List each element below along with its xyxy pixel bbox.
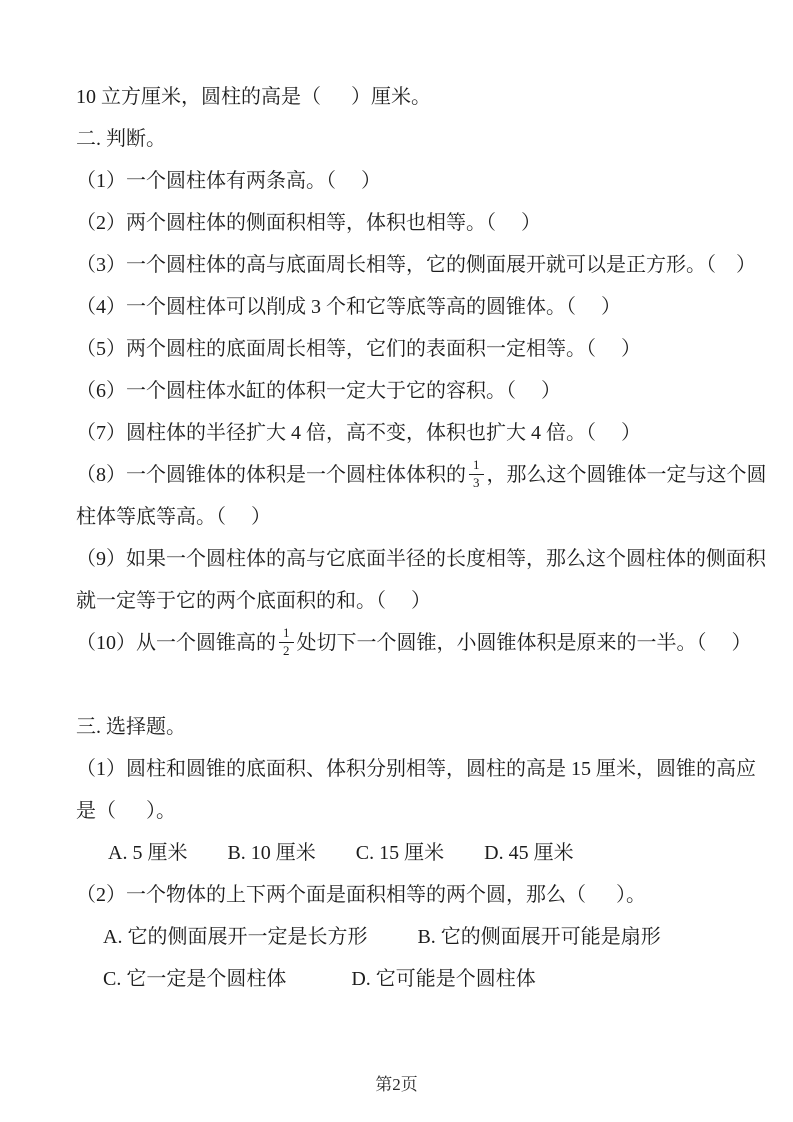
- fraction-one-half: 12: [279, 626, 294, 659]
- worksheet-content: 10 立方厘米，圆柱的高是（ ）厘米。 二. 判断。 （1）一个圆柱体有两条高。…: [76, 76, 737, 1000]
- section-judge-heading: 二. 判断。: [76, 118, 737, 160]
- judge-item-8-text-post: ，那么这个圆锥体一定与这个圆: [487, 464, 767, 486]
- choice-q1-line1: （1）圆柱和圆锥的底面积、体积分别相等，圆柱的高是 15 厘米，圆锥的高应: [76, 748, 737, 790]
- fraction-denominator: 3: [469, 475, 484, 491]
- judge-item-9-line2: 就一定等于它的两个底面积的和。（ ）: [76, 580, 737, 622]
- judge-item-2: （2）两个圆柱体的侧面积相等，体积也相等。（ ）: [76, 202, 737, 244]
- question-continuation-line: 10 立方厘米，圆柱的高是（ ）厘米。: [76, 76, 737, 118]
- choice-q1-line2: 是（ ）。: [76, 790, 737, 832]
- judge-item-5: （5）两个圆柱的底面周长相等，它们的表面积一定相等。（ ）: [76, 328, 737, 370]
- choice-q2-line1: （2）一个物体的上下两个面是面积相等的两个圆，那么（ ）。: [76, 874, 737, 916]
- judge-item-6: （6）一个圆柱体水缸的体积一定大于它的容积。（ ）: [76, 370, 737, 412]
- judge-item-10: （10）从一个圆锥高的12处切下一个圆锥，小圆锥体积是原来的一半。（ ）: [76, 622, 737, 664]
- judge-item-8-line2: 柱体等底等高。（ ）: [76, 496, 737, 538]
- judge-item-3: （3）一个圆柱体的高与底面周长相等，它的侧面展开就可以是正方形。（ ）: [76, 244, 737, 286]
- judge-item-1: （1）一个圆柱体有两条高。（ ）: [76, 160, 737, 202]
- page-number: 第2页: [0, 1072, 793, 1098]
- fraction-one-third: 13: [469, 458, 484, 491]
- judge-item-10-text-pre: （10）从一个圆锥高的: [76, 632, 276, 654]
- choice-q2-options-cd: C. 它一定是个圆柱体 D. 它可能是个圆柱体: [76, 958, 737, 1000]
- fraction-denominator: 2: [279, 643, 294, 659]
- section-gap: [76, 664, 737, 706]
- judge-item-8-line1: （8）一个圆锥体的体积是一个圆柱体体积的13，那么这个圆锥体一定与这个圆: [76, 454, 737, 496]
- judge-item-8-text-pre: （8）一个圆锥体的体积是一个圆柱体体积的: [76, 464, 466, 486]
- judge-item-10-text-post: 处切下一个圆锥，小圆锥体积是原来的一半。（ ）: [297, 632, 752, 654]
- choice-q1-options: A. 5 厘米 B. 10 厘米 C. 15 厘米 D. 45 厘米: [76, 832, 737, 874]
- worksheet-page: 10 立方厘米，圆柱的高是（ ）厘米。 二. 判断。 （1）一个圆柱体有两条高。…: [0, 0, 793, 1122]
- fraction-numerator: 1: [279, 626, 294, 643]
- section-choice-heading: 三. 选择题。: [76, 706, 737, 748]
- judge-item-9-line1: （9）如果一个圆柱体的高与它底面半径的长度相等，那么这个圆柱体的侧面积: [76, 538, 737, 580]
- judge-item-7: （7）圆柱体的半径扩大 4 倍，高不变，体积也扩大 4 倍。（ ）: [76, 412, 737, 454]
- fraction-numerator: 1: [469, 458, 484, 475]
- judge-item-4: （4）一个圆柱体可以削成 3 个和它等底等高的圆锥体。（ ）: [76, 286, 737, 328]
- choice-q2-options-ab: A. 它的侧面展开一定是长方形 B. 它的侧面展开可能是扇形: [76, 916, 737, 958]
